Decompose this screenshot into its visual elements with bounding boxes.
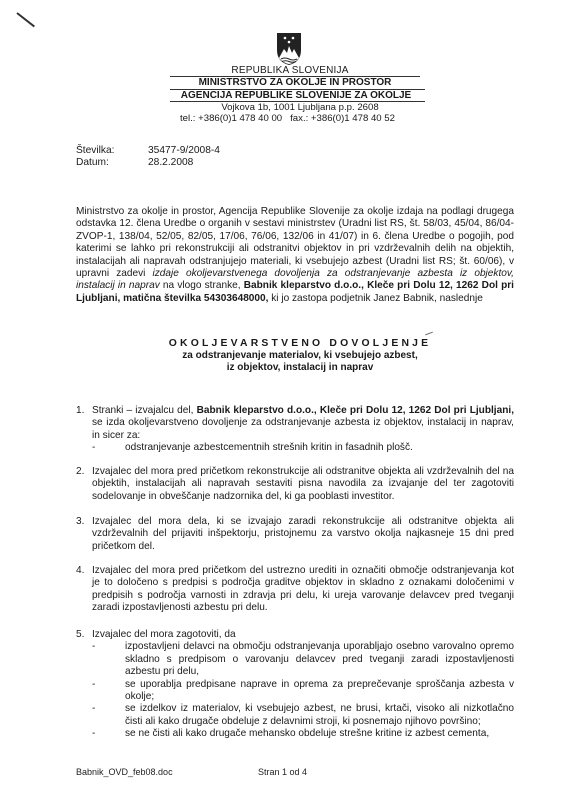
item-number: 3. [76, 516, 92, 528]
document-title: OKOLJEVARSTVENO DOVOLJENJE za odstranjev… [150, 338, 450, 374]
item-text: Stranki – izvajalcu del, [92, 405, 197, 416]
bullet-item: -se ne čisti ali kako drugače mehansko o… [92, 728, 514, 740]
item-text: Izvajalec del mora dela, ki se izvajajo … [92, 516, 514, 553]
bullet-item: -se izdelkov iz materialov, ki vsebujejo… [92, 703, 514, 728]
title-main: OKOLJEVARSTVENO DOVOLJENJE [150, 338, 450, 350]
number-value: 35477-9/2008-4 [148, 145, 220, 157]
bullet-text: se izdelkov iz materialov, ki vsebujejo … [125, 703, 514, 726]
item-number: 1. [76, 405, 92, 417]
intro-text: na vlogo stranke, [160, 280, 244, 291]
bullet-text: se uporablja predpisane naprave in oprem… [125, 679, 514, 702]
item-text: se izda okoljevarstveno dovoljenje za od… [92, 417, 514, 440]
bullet-item: -izpostavljeni delavci na območju odstra… [92, 641, 514, 678]
item-number: 2. [76, 466, 92, 478]
footer-page-number: Stran 1 od 4 [258, 766, 307, 778]
item-number: 4. [76, 565, 92, 577]
item-text: Izvajalec del mora zagotoviti, da [92, 629, 514, 641]
item-party: Babnik kleparstvo d.o.o., Kleče pri Dolu… [197, 405, 514, 416]
pen-mark [425, 332, 433, 336]
list-item: 5. Izvajalec del mora zagotoviti, da -iz… [76, 629, 514, 741]
item-number: 5. [76, 629, 92, 641]
bullet-item: -odstranjevanje azbestcementnih strešnih… [76, 442, 514, 454]
item-text: Izvajalec del mora pred pričetkom rekons… [92, 466, 514, 503]
bullet-item: -se uporablja predpisane naprave in opre… [92, 679, 514, 704]
footer-filename: Babnik_OVD_feb08.doc [76, 766, 173, 778]
header-phone: tel.: +386(0)1 478 40 00 fax.: +386(0)1 … [180, 113, 460, 125]
scan-mark [16, 12, 35, 27]
intro-text: ki jo zastopa podjetnik Janez Babnik, na… [268, 293, 482, 304]
list-item: 4. Izvajalec del mora pred pričetkom del… [76, 565, 514, 615]
number-label: Številka: [76, 145, 148, 157]
title-sub: za odstranjevanje materialov, ki vsebuje… [150, 350, 450, 362]
list-item: 2. Izvajalec del mora pred pričetkom rek… [76, 466, 514, 503]
bullet-text: izpostavljeni delavci na območju odstran… [125, 641, 514, 677]
list-item: 1. Stranki – izvajalcu del, Babnik klepa… [76, 405, 514, 455]
document-meta: Številka: 35477-9/2008-4 Datum: 28.2.200… [76, 145, 220, 169]
bullet-text: se ne čisti ali kako drugače mehansko ob… [125, 728, 489, 739]
title-sub: iz objektov, instalacij in naprav [150, 362, 450, 374]
item-text: Izvajalec del mora pred pričetkom del us… [92, 565, 514, 615]
intro-paragraph: Ministrstvo za okolje in prostor, Agenci… [76, 206, 514, 305]
date-value: 28.2.2008 [148, 157, 193, 169]
slovenia-coat-of-arms-icon [275, 32, 303, 66]
bullet-text: odstranjevanje azbestcementnih strešnih … [125, 442, 413, 453]
list-item: 3. Izvajalec del mora dela, ki se izvaja… [76, 516, 514, 553]
header-ministry: MINISTRSTVO ZA OKOLJE IN PROSTOR [175, 77, 415, 89]
date-label: Datum: [76, 157, 148, 169]
